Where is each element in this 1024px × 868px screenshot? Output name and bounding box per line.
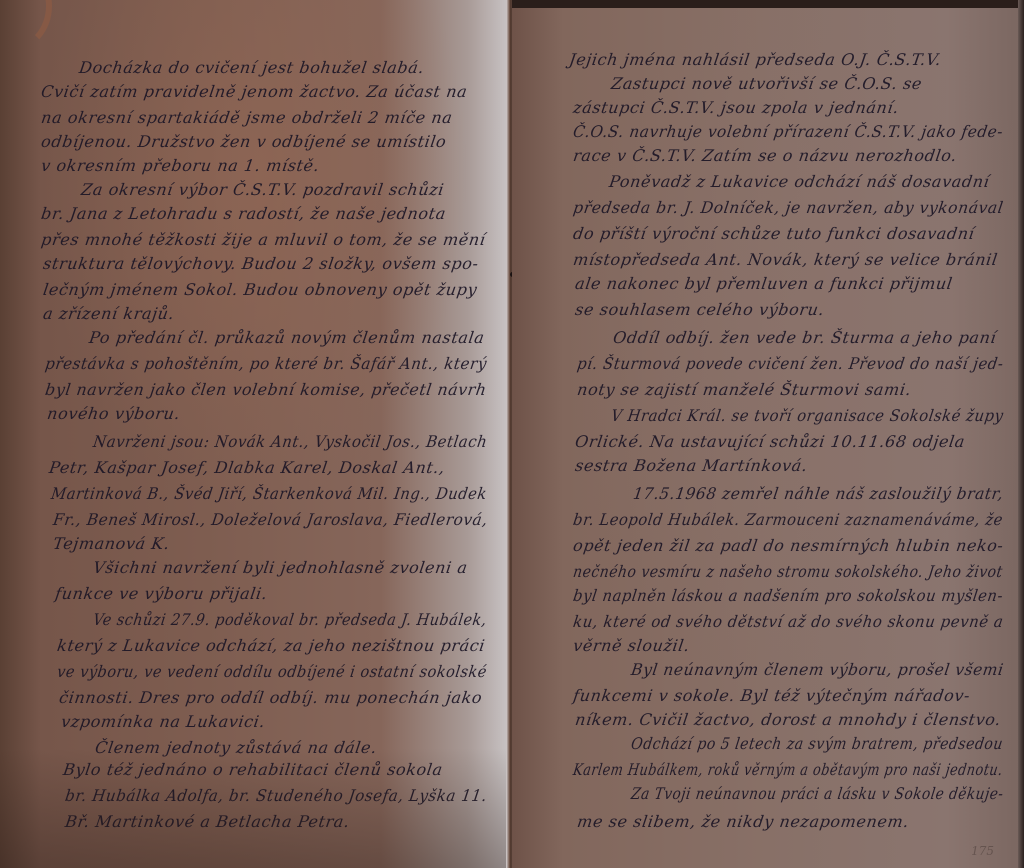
handwritten-line: Po předání čl. průkazů novým členům nast… [88, 328, 486, 347]
handwritten-line: věrně sloužil. [572, 636, 691, 655]
handwritten-line: Oddíl odbíj. žen vede br. Šturma a jeho … [612, 328, 998, 347]
left-page-text: Docházka do cvičení jest bohužel slabá. … [0, 0, 508, 868]
handwritten-line: Jejich jména nahlásil předseda O.J. Č.S.… [568, 50, 942, 69]
handwritten-line: race v Č.S.T.V. Zatím se o názvu nerozho… [572, 146, 958, 165]
handwritten-line: Za Tvoji neúnavnou práci a lásku v Sokol… [630, 784, 1005, 803]
handwritten-line: me se slibem, že nikdy nezapomenem. [576, 812, 910, 831]
handwritten-line: Cvičí zatím pravidelně jenom žactvo. Za … [40, 82, 469, 101]
handwritten-line: Tejmanová K. [52, 534, 171, 553]
handwritten-line: Docházka do cvičení jest bohužel slabá. [78, 58, 426, 77]
handwritten-line: činnosti. Dres pro oddíl odbíj. mu ponec… [58, 688, 484, 707]
handwritten-line: noty se zajistí manželé Šturmovi sami. [576, 380, 913, 399]
handwritten-line: Bř. Martinkové a Betlacha Petra. [64, 812, 351, 831]
handwritten-line: nového výboru. [46, 404, 182, 423]
handwritten-line: byl navržen jako člen volební komise, př… [44, 380, 488, 399]
handwritten-line: do příští výroční schůze tuto funkci dos… [572, 224, 976, 243]
handwritten-line: pí. Šturmová povede cvičení žen. Převod … [576, 354, 1005, 373]
handwritten-line: Petr, Kašpar Josef, Dlabka Karel, Doskal… [48, 458, 446, 477]
handwritten-line: ve výboru, ve vedení oddílu odbíjené i o… [56, 662, 488, 681]
handwritten-line: Ve schůzi 27.9. poděkoval br. předseda J… [92, 610, 488, 629]
handwritten-line: V Hradci Král. se tvoří organisace Sokol… [610, 406, 1005, 425]
handwritten-line: Odchází po 5 letech za svým bratrem, pře… [630, 734, 1004, 753]
handwritten-line: Navrženi jsou: Novák Ant., Vyskočil Jos.… [92, 432, 489, 451]
handwritten-line: Poněvadž z Lukavice odchází náš dosavadn… [608, 172, 991, 191]
handwritten-line: níkem. Cvičil žactvo, dorost a mnohdy i … [574, 710, 1002, 729]
handwritten-line: Byl neúnavným členem výboru, prošel všem… [630, 660, 1005, 679]
handwritten-line: Fr., Beneš Mirosl., Doleželová Jaroslava… [52, 510, 489, 529]
handwritten-line: zástupci Č.S.T.V. jsou zpola v jednání. [572, 98, 900, 117]
handwritten-line: lečným jménem Sokol. Budou obnoveny opět… [42, 280, 479, 299]
handwritten-line: ku, které od svého dětství až do svého s… [572, 612, 1005, 631]
handwritten-line: vzpomínka na Lukavici. [60, 712, 267, 731]
right-page-text: Jejich jména nahlásil předseda O.J. Č.S.… [512, 0, 1024, 868]
handwritten-line: Všichni navržení byli jednohlasně zvolen… [92, 558, 469, 577]
left-page: Docházka do cvičení jest bohužel slabá. … [0, 0, 508, 868]
handwritten-line: byl naplněn láskou a nadšením pro sokols… [572, 586, 1004, 605]
handwritten-line: který z Lukavice odchází, za jeho nezišt… [56, 636, 486, 655]
handwritten-line: ale nakonec byl přemluven a funkci přijm… [574, 274, 954, 293]
handwritten-line: Č.O.S. navrhuje volební přírazení Č.S.T.… [572, 122, 1005, 141]
book-spread: Docházka do cvičení jest bohužel slabá. … [0, 0, 1024, 868]
handwritten-line: Karlem Hubálkem, roků věrným a obětavým … [572, 760, 1004, 779]
handwritten-line: se souhlasem celého výboru. [574, 300, 826, 319]
handwritten-line: opět jeden žil za padl do nesmírných hlu… [572, 536, 1005, 555]
handwritten-line: br. Hubálka Adolfa, br. Studeného Josefa… [64, 786, 488, 805]
handwritten-line: Za okresní výbor Č.S.T.V. pozdravil schů… [80, 180, 445, 199]
handwritten-line: místopředseda Ant. Novák, který se velic… [572, 250, 999, 269]
handwritten-line: funkcemi v sokole. Byl též výtečným nářa… [572, 686, 971, 705]
handwritten-line: Orlické. Na ustavující schůzi 10.11.68 o… [574, 432, 966, 451]
page-number: 175 [971, 844, 994, 858]
handwritten-line: 17.5.1968 zemřel náhle náš zasloužilý br… [632, 484, 1005, 503]
handwritten-line: na okresní spartakiádě jsme obdrželi 2 m… [40, 108, 454, 127]
handwritten-line: předseda br. J. Dolníček, je navržen, ab… [572, 198, 1005, 217]
handwritten-line: Zastupci nově utvořivší se Č.O.S. se [610, 74, 923, 93]
handwritten-line: přestávka s pohoštěním, po které br. Šaf… [44, 354, 488, 373]
handwritten-line: br. Jana z Letohradu s radostí, že naše … [40, 204, 447, 223]
handwritten-line: Členem jednoty zůstává na dále. [94, 738, 378, 757]
handwritten-line: Bylo též jednáno o rehabilitaci členů so… [62, 760, 444, 779]
handwritten-line: v okresním přeboru na 1. místě. [40, 156, 321, 175]
handwritten-line: přes mnohé těžkosti žije a mluvil o tom,… [40, 230, 487, 249]
handwritten-line: br. Leopold Hubálek. Zarmouceni zaznamen… [572, 510, 1004, 529]
handwritten-line: funkce ve výboru přijali. [54, 584, 269, 603]
right-page: Jejich jména nahlásil předseda O.J. Č.S.… [512, 0, 1024, 868]
handwritten-line: Martinková B., Švéd Jiří, Štarkenková Mi… [50, 484, 488, 503]
handwritten-line: struktura tělovýchovy. Budou 2 složky, o… [42, 254, 480, 273]
handwritten-line: odbíjenou. Družstvo žen v odbíjené se um… [40, 132, 448, 151]
handwritten-line: nečného vesmíru z našeho stromu sokolské… [572, 562, 1004, 581]
handwritten-line: sestra Božena Martínková. [574, 456, 809, 475]
handwritten-line: a zřízení krajů. [42, 304, 176, 323]
